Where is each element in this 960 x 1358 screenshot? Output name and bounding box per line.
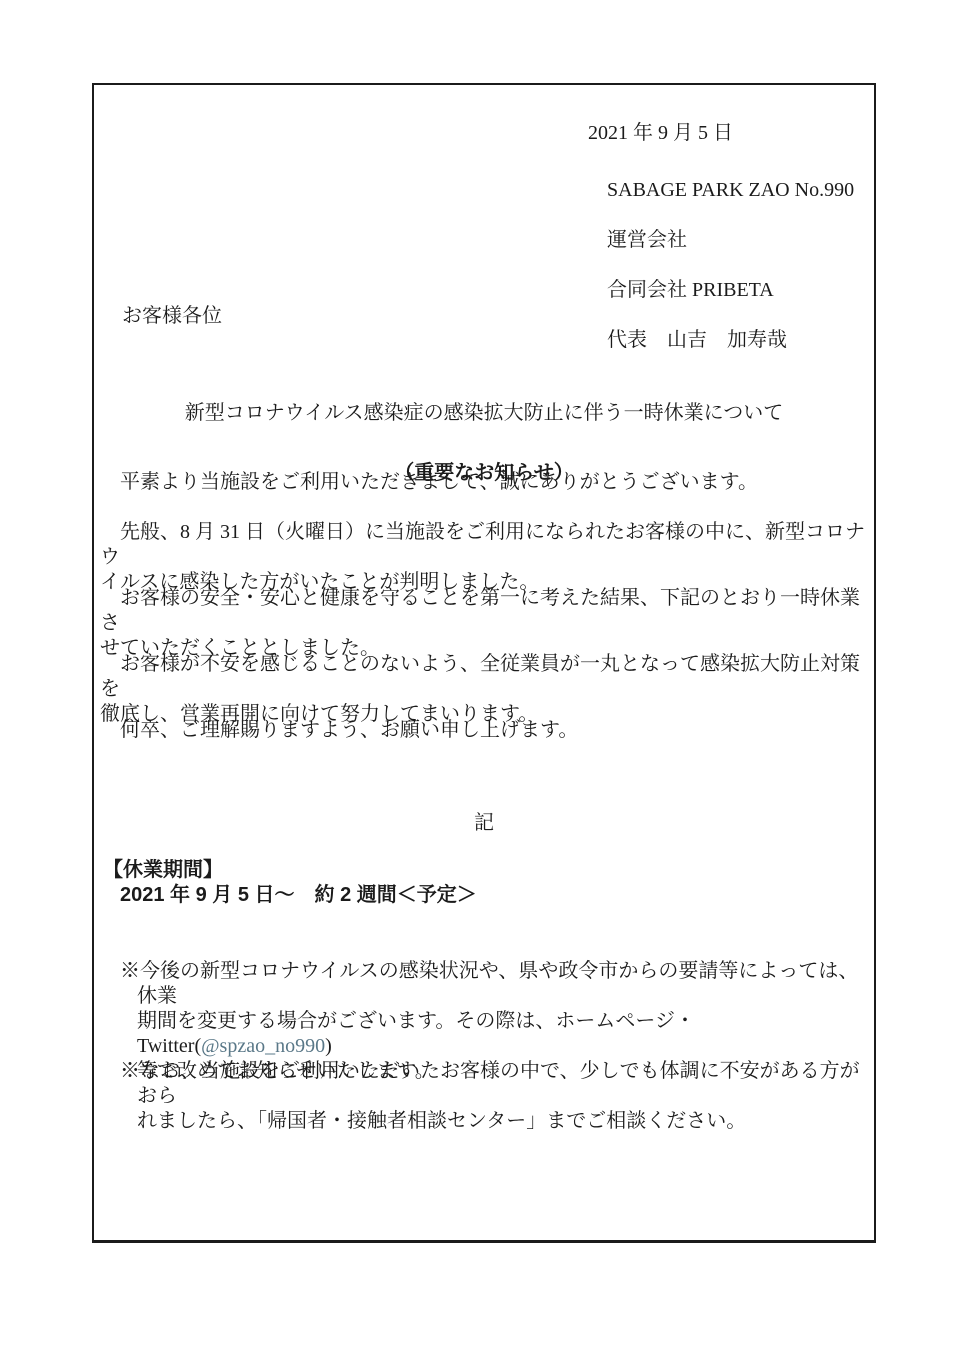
paragraph-closure-decision: お客様の安全・安心と健康を守ることを第一に考えた結果、下記のとおり一時休業さ せ… xyxy=(100,586,866,661)
note1-line2-post: ) xyxy=(325,1035,332,1057)
note1-line1: ※今後の新型コロナウイルスの感染状況や、県や政令市からの要請等によっては、休業 xyxy=(120,960,858,1007)
sender-block: SABAGE PARK ZAO No.990 運営会社 合同会社 PRIBETA… xyxy=(607,153,854,378)
twitter-handle: @spzao_no990 xyxy=(201,1035,325,1057)
title-block: 新型コロナウイルス感染症の感染拡大防止に伴う一時休業について （重要なお知らせ） xyxy=(94,368,874,518)
paragraph-countermeasures: お客様が不安を感じることのないよう、全従業員が一丸となって感染拡大防止対策を 徹… xyxy=(100,652,866,727)
record-marker: 記 xyxy=(94,811,874,836)
document-page: 2021 年 9 月 5 日 SABAGE PARK ZAO No.990 運営… xyxy=(0,0,960,1358)
paragraph-greeting: 平素より当施設をご利用いただきまして、誠にありがとうございます。 xyxy=(100,470,866,495)
document-date: 2021 年 9 月 5 日 xyxy=(588,121,733,146)
note-health-consultation: ※なお、当施設をご利用いただいたお客様の中で、少しでも体調に不安がある方がおら … xyxy=(137,1059,866,1134)
addressee: お客様各位 xyxy=(122,304,222,329)
paragraph-infection-report: 先般、8 月 31 日（火曜日）に当施設をご利用になられたお客様の中に、新型コロ… xyxy=(100,520,866,595)
sender-company-name: 合同会社 PRIBETA xyxy=(607,278,854,303)
document-border-frame: 2021 年 9 月 5 日 SABAGE PARK ZAO No.990 運営… xyxy=(92,83,876,1243)
closure-period-value: 2021 年 9 月 5 日～ 約 2 週間＜予定＞ xyxy=(120,883,477,908)
sender-company-role: 運営会社 xyxy=(607,228,854,253)
paragraph-request-understanding: 何卒、ご理解賜りますよう、お願い申し上げます。 xyxy=(100,718,866,743)
closure-period-heading: 【休業期間】 xyxy=(103,858,223,883)
note2-line1: ※なお、当施設をご利用いただいたお客様の中で、少しでも体調に不安がある方がおら xyxy=(120,1060,860,1107)
sender-representative: 代表 山吉 加寿哉 xyxy=(607,328,854,353)
document-title: 新型コロナウイルス感染症の感染拡大防止に伴う一時休業について xyxy=(94,398,874,428)
sender-park-name: SABAGE PARK ZAO No.990 xyxy=(607,178,854,203)
note2-line2: れましたら、「帰国者・接触者相談センター」までご相談ください。 xyxy=(137,1110,746,1132)
